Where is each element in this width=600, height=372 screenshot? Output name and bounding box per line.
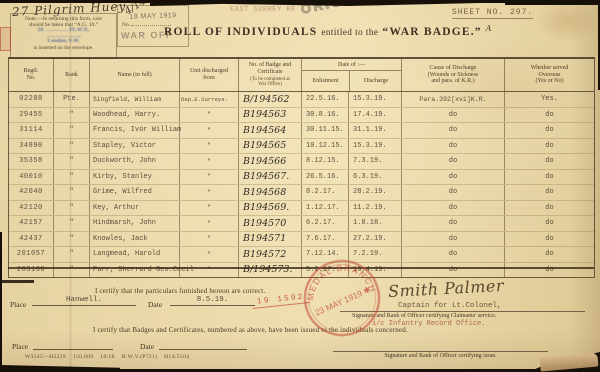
cell-overseas: do [504, 139, 594, 154]
table-row: 42040"Grime, Wilfred"B1945688.2.17.28.2.… [9, 185, 594, 201]
table-row: 34890"Stapley, Victor"B19456510.12.15.15… [9, 139, 594, 155]
roll-table: Regtl. No. Rank Name (in full) Unit disc… [8, 57, 595, 278]
cell-enlist: 8.2.17. [301, 185, 348, 200]
cell-discharge: 6.3.19. [348, 170, 401, 185]
table-row: 02288Pte.Singfield, WilliamDep.E.Surreys… [9, 92, 594, 108]
col-header-rank: Rank [53, 59, 89, 91]
cell-discharge: 27.2.19. [348, 232, 401, 247]
photo-edge [505, 0, 600, 5]
cell-unit: " [179, 247, 238, 262]
cell-rank: " [53, 123, 89, 138]
cell-regtl: 42157 [9, 216, 53, 231]
cell-cause: do [401, 170, 504, 185]
place2-blank [33, 340, 113, 350]
table-body: 02288Pte.Singfield, WilliamDep.E.Surreys… [9, 92, 594, 277]
cell-rank: " [53, 108, 89, 123]
cell-discharge: 17.4.19. [348, 108, 401, 123]
issue-signature-caption: Signature and Rank of Officer certifying… [333, 353, 548, 359]
cell-unit: " [179, 154, 238, 169]
cell-rank: " [53, 232, 89, 247]
cell-name: Stapley, Victor [89, 139, 179, 154]
cell-badge: B194566 [238, 154, 301, 169]
cell-unit: " [179, 232, 238, 247]
cell-overseas: do [504, 108, 594, 123]
cell-discharge: 7.3.19. [348, 154, 401, 169]
table-row: 35358"Duckworth, John"B1945668.12.15.7.3… [9, 154, 594, 170]
cell-unit: Dep.E.Surreys. [179, 92, 238, 107]
cell-regtl: 02288 [9, 92, 53, 107]
cell-regtl: 201057 [9, 247, 53, 262]
cell-name: Knowles, Jack [89, 232, 179, 247]
cell-overseas: do [504, 201, 594, 216]
cell-overseas: do [504, 170, 594, 185]
dates-group-label: Date of :— [302, 59, 401, 71]
officer-signature: Smith Palmer [388, 276, 505, 301]
cell-enlist: 26.5.16. [301, 170, 348, 185]
cell-enlist: 30.8.16. [301, 108, 348, 123]
cell-name: Kirby, Stanley [89, 170, 179, 185]
cell-overseas: Yes. [504, 92, 594, 107]
cell-overseas: do [504, 263, 594, 278]
table-row: 29455"Woodhead, Harry."B19456330.8.16.17… [9, 108, 594, 124]
table-row: 42437"Knowles, Jack"B1945717.6.17.27.2.1… [9, 232, 594, 248]
cell-regtl: 42120 [9, 201, 53, 216]
date2-blank [159, 340, 247, 350]
cell-unit: " [179, 123, 238, 138]
cell-unit: " [179, 185, 238, 200]
table-row: 40010"Kirby, Stanley"B194567.26.5.16.6.3… [9, 170, 594, 186]
title-mid: entitled to the [321, 27, 378, 37]
cell-badge: B194570 [238, 216, 301, 231]
cell-name: Hindmarsh, John [89, 216, 179, 231]
table-row: 31114"Francis, Ivor William"B19456430.11… [9, 123, 594, 139]
cell-badge: B194563 [238, 108, 301, 123]
scanned-war-badge-roll: 27 Pilgrim Huey Note.—In returning this … [0, 0, 600, 372]
place-value: Hanwell. [32, 296, 136, 306]
title-badge: “WAR BADGE.” [382, 26, 481, 38]
officer-rank: Captain for Lt.Colonel, [398, 302, 502, 310]
col-header-enlistment: Enlistment [302, 71, 349, 91]
badge-header-text: No. of Badge and Certificate [249, 62, 291, 76]
cell-regtl: 42437 [9, 232, 53, 247]
place-label: Place [10, 300, 26, 309]
cell-discharge: 11.2.19. [348, 201, 401, 216]
address-stamp-line: London, S.W. [13, 39, 114, 45]
sheet-number: SHEET NO. 297. [452, 8, 533, 19]
cell-rank: " [53, 216, 89, 231]
cell-name: Woodhead, Harry. [89, 108, 179, 123]
cell-discharge: 15.3.19. [348, 92, 401, 107]
table-header: Regtl. No. Rank Name (in full) Unit disc… [9, 59, 594, 92]
cell-regtl: 31114 [9, 123, 53, 138]
col-header-discharge: Discharge [349, 71, 402, 91]
cell-regtl: 42040 [9, 185, 53, 200]
medal-stamp-date: 23 MAY 1919 ✱ [313, 284, 372, 318]
cell-enlist: 10.12.15. [301, 139, 348, 154]
cell-unit: " [179, 139, 238, 154]
cell-unit: " [179, 170, 238, 185]
cell-name: Key, Arthur [89, 201, 179, 216]
cell-cause: do [401, 139, 504, 154]
cell-cause: do [401, 154, 504, 169]
cell-overseas: do [504, 247, 594, 262]
cell-badge: B/194573. [238, 263, 301, 278]
col-header-regtl-no: Regtl. No. [9, 59, 53, 91]
cell-regtl: 35358 [9, 154, 53, 169]
return-instructions-box: Note.—In returning this form, care shoul… [10, 13, 117, 59]
cell-enlist: 30.11.15. [301, 123, 348, 138]
cell-name: Francis, Ivor William [89, 123, 179, 138]
col-header-dates: Date of :— Enlistment Discharge [301, 59, 401, 91]
paper-sheet: 27 Pilgrim Huey Note.—In returning this … [0, 0, 600, 372]
cell-enlist: 6.2.17. [301, 216, 348, 231]
col-header-name: Name (in full) [89, 59, 179, 91]
cell-rank: Pte. [53, 92, 89, 107]
certify-service-statement: I certify that the particulars furnished… [95, 287, 265, 295]
cell-badge: B/194562 [238, 92, 301, 107]
cell-regtl: 29455 [9, 108, 53, 123]
cell-discharge: 1.8.18. [348, 216, 401, 231]
badge-header-note: (To be completed at War Office) [250, 77, 290, 89]
cell-cause: do [401, 263, 504, 278]
table-row: 201057"Langmead, Harold"B1945727.12.14.7… [9, 247, 594, 263]
cell-enlist: 1.12.17. [301, 201, 348, 216]
cell-overseas: do [504, 123, 594, 138]
cell-rank: " [53, 263, 89, 278]
edge-mark [0, 280, 34, 283]
cell-cause: Para.392[xvi]K.R. [401, 92, 504, 107]
cell-regtl: 34890 [9, 139, 53, 154]
cell-name: Langmead, Harold [89, 247, 179, 262]
title-annotation: A [486, 24, 492, 33]
cell-badge: B194571 [238, 232, 301, 247]
cell-name: Parr, Sherrard Geo.Cecil [89, 263, 179, 278]
cell-badge: B194564 [238, 123, 301, 138]
cell-rank: " [53, 185, 89, 200]
table-row: 42120"Key, Arthur"B194569.1.12.17.11.2.1… [9, 201, 594, 217]
cell-badge: B194569. [238, 201, 301, 216]
cell-name: Singfield, William [89, 92, 179, 107]
cell-overseas: do [504, 154, 594, 169]
cell-cause: do [401, 185, 504, 200]
cell-unit: " [179, 201, 238, 216]
cell-name: Duckworth, John [89, 154, 179, 169]
cell-badge: B194565 [238, 139, 301, 154]
cell-unit: " [179, 263, 238, 278]
cell-rank: " [53, 201, 89, 216]
cell-rank: " [53, 170, 89, 185]
printers-reference: W3545—H2229 150,000 10/18 H.W.V.(P721) H… [25, 354, 189, 360]
title-roll: ROLL OF INDIVIDUALS [164, 26, 317, 38]
cell-badge: B194572 [238, 247, 301, 262]
cell-name: Grime, Wilfred [89, 185, 179, 200]
cell-regtl: 40010 [9, 170, 53, 185]
col-header-overseas: Whether served Overseas (Yes or No) [504, 59, 594, 91]
regiment-name: EAST SURREY RE [230, 6, 296, 14]
date-label: Date [148, 300, 162, 309]
place2-label: Place [12, 342, 28, 351]
cell-cause: do [401, 247, 504, 262]
issue-signature-rule [333, 351, 548, 352]
cell-cause: do [401, 123, 504, 138]
photo-edge [0, 232, 2, 372]
cell-discharge: 15.3.19. [348, 139, 401, 154]
cell-unit: " [179, 216, 238, 231]
page-title: ROLL OF INDIVIDUALS entitled to the “WAR… [164, 26, 492, 38]
cell-cause: do [401, 232, 504, 247]
cell-rank: " [53, 154, 89, 169]
date2-label: Date [140, 342, 154, 351]
cell-overseas: do [504, 232, 594, 247]
cell-rank: " [53, 139, 89, 154]
cell-unit: " [179, 108, 238, 123]
col-header-cause: Cause of Discharge (Wounds or Sickness a… [401, 59, 504, 91]
date-value: 8.5.19. [170, 296, 255, 306]
cell-cause: do [401, 201, 504, 216]
col-header-badge-no: No. of Badge and Certificate (To be comp… [238, 59, 301, 91]
cell-discharge: 28.2.19. [348, 185, 401, 200]
cell-rank: " [53, 247, 89, 262]
cell-cause: do [401, 216, 504, 231]
cell-overseas: do [504, 185, 594, 200]
cell-badge: B194568 [238, 185, 301, 200]
cell-enlist: 22.5.16. [301, 92, 348, 107]
cell-enlist: 8.12.15. [301, 154, 348, 169]
table-row: 42157"Hindmarsh, John"B1945706.2.17.1.8.… [9, 216, 594, 232]
cut-red-stamp [0, 27, 11, 51]
cell-overseas: do [504, 216, 594, 231]
cell-badge: B194567. [238, 170, 301, 185]
col-header-unit: Unit discharged from [179, 59, 238, 91]
note-line: is inserted on the envelope. [13, 45, 114, 51]
cell-regtl: 203160 [9, 263, 53, 278]
cell-cause: do [401, 108, 504, 123]
cell-discharge: 31.1.19. [348, 123, 401, 138]
cell-enlist: 7.6.17. [301, 232, 348, 247]
